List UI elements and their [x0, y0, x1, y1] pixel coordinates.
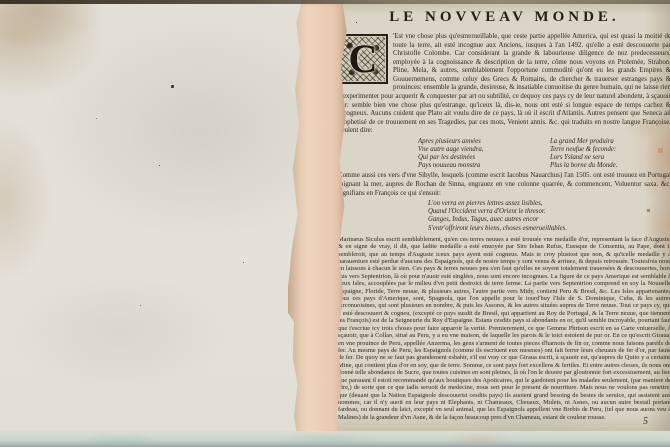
- page-number: 5: [643, 416, 648, 427]
- seneca-verse-right-column: La grand Mer produira Terre neufue & fec…: [550, 138, 617, 171]
- woodcut-initial: C: [338, 34, 388, 84]
- seneca-verse: Apres plusieurs années Vne autre aage vi…: [418, 138, 670, 171]
- book-photo: LE NOVVEAV MONDE. C 'Est vne chose plus …: [0, 0, 670, 447]
- verse-line: Terre neufue & feconde:: [550, 146, 617, 154]
- verse-line: Pays nouueau monstra: [418, 162, 536, 170]
- text-column: LE NOVVEAV MONDE. C 'Est vne chose plus …: [338, 9, 670, 421]
- dropcap-letter-c: C: [340, 36, 386, 82]
- verse-line: La grand Mer produira: [550, 138, 617, 146]
- verse-line: Ganges, Indus, Tagus, auec autres encor: [428, 216, 670, 224]
- verse-line: S'entr'offriront leurs biens, choses esm…: [428, 225, 670, 233]
- page-title: LE NOVVEAV MONDE.: [338, 9, 670, 26]
- verse-line: Lors Ysland ne sera: [550, 154, 617, 162]
- verse-line: Apres plusieurs années: [418, 138, 536, 146]
- intro-paragraph: C 'Est vne chose plus qu'esmerueillable,…: [338, 33, 670, 136]
- bottom-leaf-band: [0, 431, 670, 447]
- verse-line: Vne autre aage viendra,: [418, 146, 536, 154]
- sibylle-paragraph: Comme aussi ces vers d'vne Sibylle, lesq…: [338, 172, 670, 198]
- seneca-verse-left-column: Apres plusieurs années Vne autre aage vi…: [418, 138, 536, 171]
- verse-line: Plus la borne du Monde.: [550, 162, 617, 170]
- verse-line: Qui par les destinées: [418, 154, 536, 162]
- photo-top-edge-shadow: [0, 0, 670, 4]
- sibylle-verse: L'on verra en pierres lettres assez lisi…: [428, 200, 670, 233]
- verse-line: L'on verra en pierres lettres assez lisi…: [428, 200, 670, 208]
- printed-page: LE NOVVEAV MONDE. C 'Est vne chose plus …: [318, 2, 670, 433]
- body-paragraph: Marinæus Siculus escrit semblablement, q…: [338, 236, 670, 422]
- verse-line: Quand l'Occident verra d'Orient le thres…: [428, 208, 670, 216]
